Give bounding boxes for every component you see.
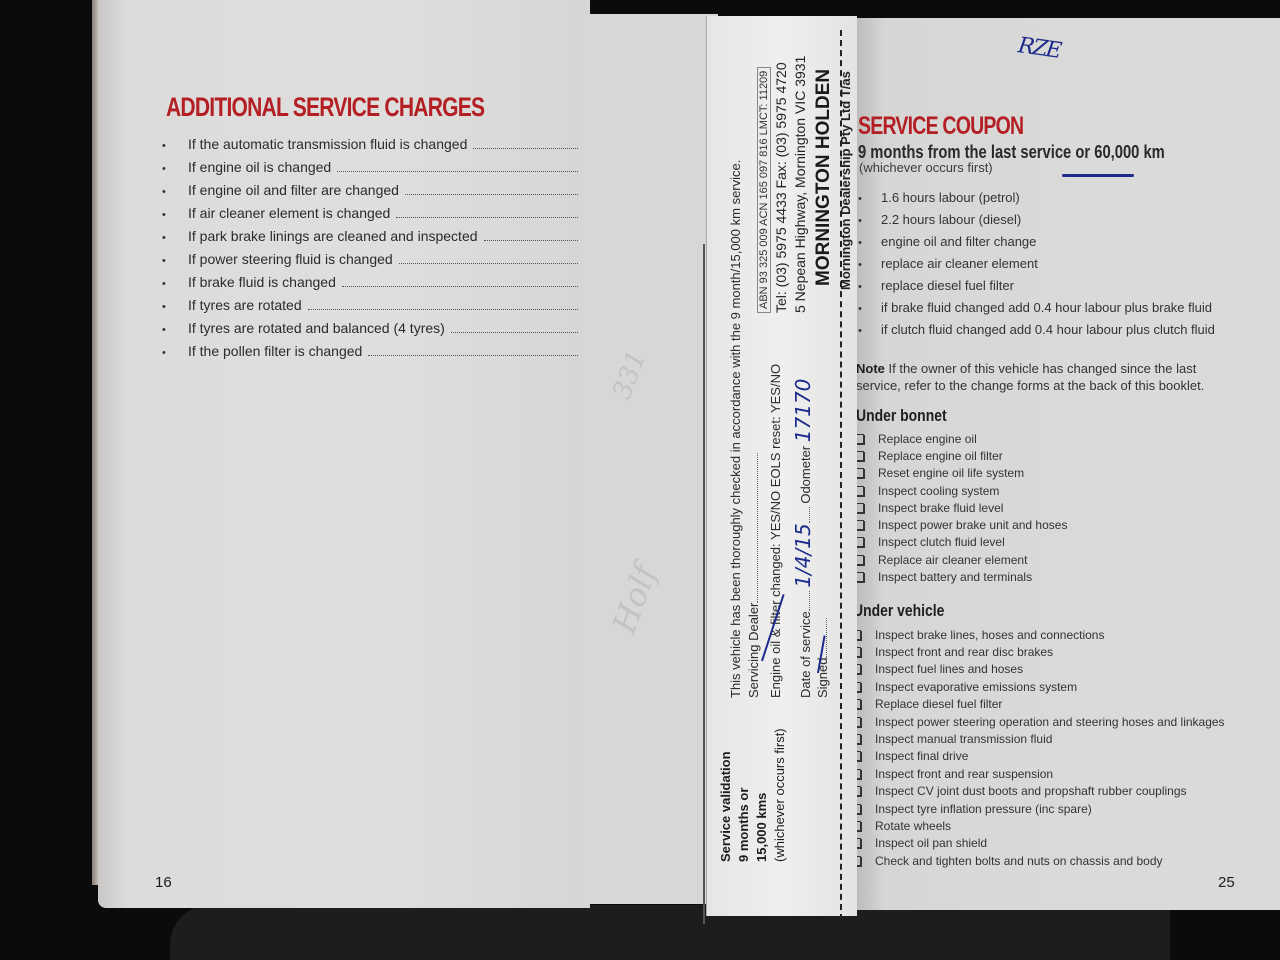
page-number-left: 16 [155,874,172,891]
bullet-icon: • [162,347,188,359]
checklist-item: Inspect front and rear suspension [851,765,1231,782]
bullet-icon: • [162,209,188,221]
dotted-leader [473,138,582,149]
bullet-icon: • [162,255,188,267]
ownership-note: Note If the owner of this vehicle has ch… [856,360,1216,394]
oil-filter-field: Engine oil & filter changed: YES/NO EOLS… [768,364,783,698]
charge-item: •If air cleaner element is changed [162,205,582,228]
checklist-item: Inspect power steering operation and ste… [851,713,1231,730]
charge-label: If engine oil is changed [188,159,331,175]
checklist-item: Inspect cooling system [854,482,1234,499]
checklist-label: Inspect evaporative emissions system [875,680,1077,694]
checklist-label: Inspect clutch fluid level [878,535,1005,549]
checklist-item: Inspect battery and terminals [854,568,1234,585]
bullet-icon: • [858,303,881,315]
dotted-leader [337,161,582,172]
service-validation: Service validation 9 months or 15,000 km… [717,728,789,862]
dotted-leader [342,276,582,287]
checklist-label: Check and tighten bolts and nuts on chas… [875,854,1163,868]
charge-label: If air cleaner element is changed [188,205,390,221]
pen-underline [1062,174,1134,177]
date-odometer-field: Date of service 1/4/15 Odometer 17170 [791,379,815,698]
service-coupon-title: SERVICE COUPON [858,112,1023,141]
included-items-list: •1.6 hours labour (petrol)•2.2 hours lab… [858,190,1228,344]
under-vehicle-heading: Under vehicle [853,601,944,621]
service-interval-note: (whichever occurs first) [859,160,993,175]
charge-label: If park brake linings are cleaned and in… [188,228,478,244]
dealer-address: 5 Nepean Highway, Mornington VIC 3931 [792,56,808,313]
checklist-label: Rotate wheels [875,819,951,833]
bullet-icon: • [162,324,188,336]
included-label: 1.6 hours labour (petrol) [881,190,1020,205]
checklist-label: Inspect final drive [875,749,968,763]
included-item: •2.2 hours labour (diesel) [858,212,1228,234]
checklist-item: Replace engine oil filter [854,447,1234,464]
checklist-item: Inspect clutch fluid level [854,534,1234,551]
checklist-item: Replace engine oil [854,430,1234,447]
underlying-page [578,14,718,904]
checklist-item: Inspect final drive [851,748,1231,765]
bullet-icon: • [858,215,881,227]
charge-item: •If the automatic transmission fluid is … [162,136,582,159]
checklist-label: Inspect fuel lines and hoses [875,662,1023,676]
checklist-item: Inspect brake fluid level [854,499,1234,516]
dotted-leader [396,207,582,218]
checklist-label: Inspect brake fluid level [878,501,1003,515]
charge-label: If engine oil and filter are changed [188,182,399,198]
charge-label: If the automatic transmission fluid is c… [188,136,467,152]
included-label: engine oil and filter change [881,234,1036,249]
checklist-label: Replace engine oil [878,432,977,446]
servicing-dealer-field: Servicing Dealer [746,453,761,698]
included-item: •if brake fluid changed add 0.4 hour lab… [858,300,1228,322]
booklet-shadow [170,905,1170,960]
bullet-icon: • [162,163,188,175]
checklist-label: Inspect oil pan shield [875,836,987,850]
checklist-label: Inspect power steering operation and ste… [875,715,1225,729]
checklist-item: Inspect tyre inflation pressure (inc spa… [851,800,1231,817]
charge-item: •If tyres are rotated and balanced (4 ty… [162,320,582,343]
checklist-item: Inspect CV joint dust boots and propshaf… [851,783,1231,800]
bullet-icon: • [162,278,188,290]
bullet-icon: • [858,259,881,271]
checklist-label: Replace air cleaner element [878,553,1027,567]
bullet-icon: • [858,193,881,205]
included-item: •engine oil and filter change [858,234,1228,256]
checklist-item: Inspect power brake unit and hoses [854,516,1234,533]
included-label: replace diesel fuel filter [881,278,1014,293]
charge-label: If brake fluid is changed [188,274,336,290]
dealer-phone: Tel: (03) 5975 4433 Fax: (03) 5975 4720 [773,62,789,313]
checklist-label: Inspect brake lines, hoses and connectio… [875,628,1104,642]
checklist-item: Inspect oil pan shield [851,835,1231,852]
checklist-label: Inspect front and rear disc brakes [875,645,1053,659]
dotted-leader [451,322,582,333]
bullet-icon: • [162,186,188,198]
charge-label: If tyres are rotated [188,297,302,313]
checklist-item: Reset engine oil life system [854,465,1234,482]
checklist-item: Inspect brake lines, hoses and connectio… [851,626,1231,643]
additional-charges-title: ADDITIONAL SERVICE CHARGES [166,92,484,123]
bullet-icon: • [858,237,881,249]
checklist-item: Check and tighten bolts and nuts on chas… [851,852,1231,869]
checklist-label: Inspect power brake unit and hoses [878,518,1067,532]
date-value: 1/4/15 [791,523,815,587]
odometer-value: 17170 [791,379,815,443]
checklist-label: Reset engine oil life system [878,466,1024,480]
checklist-label: Inspect front and rear suspension [875,767,1053,781]
charge-item: •If engine oil and filter are changed [162,182,582,205]
included-item: •replace air cleaner element [858,256,1228,278]
checklist-label: Inspect manual transmission fluid [875,732,1052,746]
checklist-item: Rotate wheels [851,817,1231,834]
checklist-item: Inspect fuel lines and hoses [851,661,1231,678]
charge-label: If power steering fluid is changed [188,251,393,267]
charge-item: •If tyres are rotated [162,297,582,320]
bullet-icon: • [162,301,188,313]
dotted-leader [484,230,582,241]
checklist-item: Replace diesel fuel filter [851,696,1231,713]
charge-item: •If engine oil is changed [162,159,582,182]
charge-item: •If park brake linings are cleaned and i… [162,228,582,251]
bullet-icon: • [858,281,881,293]
under-vehicle-checklist: Inspect brake lines, hoses and connectio… [851,626,1231,869]
service-statement: This vehicle has been thoroughly checked… [728,160,743,698]
checklist-label: Inspect CV joint dust boots and propshaf… [875,784,1187,798]
signed-field: Signed [815,618,830,698]
charge-label: If the pollen filter is changed [188,343,362,359]
checklist-label: Inspect tyre inflation pressure (inc spa… [875,802,1092,816]
bullet-icon: • [858,325,881,337]
included-item: •replace diesel fuel filter [858,278,1228,300]
included-label: 2.2 hours labour (diesel) [881,212,1021,227]
dotted-leader [405,184,582,195]
checklist-item: Inspect manual transmission fluid [851,730,1231,747]
charge-item: •If brake fluid is changed [162,274,582,297]
under-bonnet-heading: Under bonnet [856,406,947,426]
bullet-icon: • [162,232,188,244]
checklist-item: Replace air cleaner element [854,551,1234,568]
dealer-company: Mornington Dealership Pty Ltd T/as [838,71,853,290]
checklist-label: Replace diesel fuel filter [875,697,1002,711]
dealer-registration: ABN 93 325 009 ACN 165 097 816 LMCT: 112… [757,67,771,313]
checklist-label: Inspect cooling system [878,484,999,498]
page-number-right: 25 [1218,874,1235,891]
charge-label: If tyres are rotated and balanced (4 tyr… [188,320,445,336]
dealer-name: MORNINGTON HOLDEN [813,69,835,286]
charges-list: •If the automatic transmission fluid is … [162,136,582,366]
included-label: if clutch fluid changed add 0.4 hour lab… [881,322,1215,337]
checklist-item: Inspect front and rear disc brakes [851,643,1231,660]
under-bonnet-checklist: Replace engine oilReplace engine oil fil… [854,430,1234,586]
charge-item: •If the pollen filter is changed [162,343,582,366]
checklist-label: Inspect battery and terminals [878,570,1032,584]
dotted-leader [399,253,582,264]
included-label: if brake fluid changed add 0.4 hour labo… [881,300,1212,315]
checklist-item: Inspect evaporative emissions system [851,678,1231,695]
dotted-leader [368,345,582,356]
checklist-label: Replace engine oil filter [878,449,1003,463]
charge-item: •If power steering fluid is changed [162,251,582,274]
bullet-icon: • [162,140,188,152]
dotted-leader [308,299,582,310]
included-label: replace air cleaner element [881,256,1038,271]
included-item: •if clutch fluid changed add 0.4 hour la… [858,322,1228,344]
included-item: •1.6 hours labour (petrol) [858,190,1228,212]
